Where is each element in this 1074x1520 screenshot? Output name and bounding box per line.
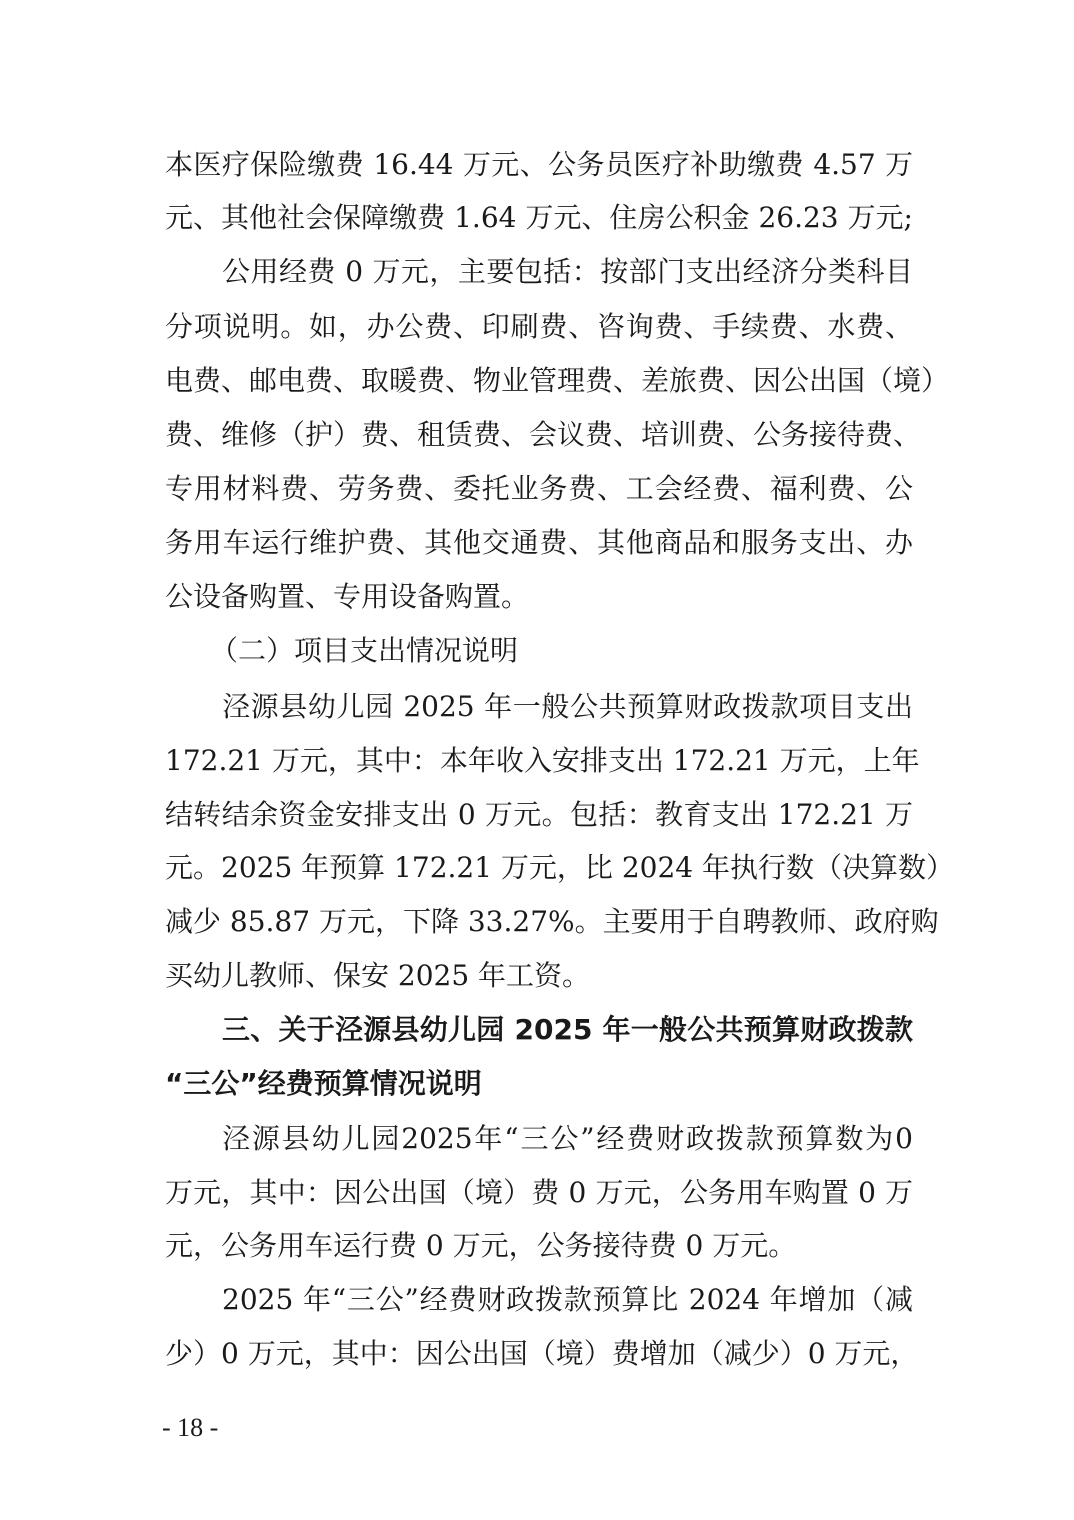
paragraph-line: 专用材料费、劳务费、委托业务费、工会经费、福利费、公 [165,462,913,516]
paragraph-line: 买幼儿教师、保安 2025 年工资。 [165,949,913,1003]
paragraph-line: 公用经费 0 万元，主要包括：按部门支出经济分类科目 [222,245,913,299]
paragraph-line: 公设备购置、专用设备购置。 [165,570,913,624]
paragraph-line: 费、维修（护）费、租赁费、会议费、培训费、公务接待费、 [165,408,913,462]
paragraph-line: 电费、邮电费、取暖费、物业管理费、差旅费、因公出国（境） [165,354,913,408]
paragraph-line: 2025 年“三公”经费财政拨款预算比 2024 年增加（减 [222,1273,913,1327]
paragraph-line: 元。2025 年预算 172.21 万元，比 2024 年执行数（决算数） [165,841,913,895]
paragraph-line: 元、其他社会保障缴费 1.64 万元、住房公积金 26.23 万元; [165,191,913,245]
paragraph-line: 泾源县幼儿园 2025 年一般公共预算财政拨款项目支出 [222,680,913,734]
subsection-heading: （二）项目支出情况说明 [210,624,913,678]
paragraph-line: 万元，其中：因公出国（境）费 0 万元，公务用车购置 0 万 [165,1166,913,1220]
paragraph-line: 务用车运行维护费、其他交通费、其他商品和服务支出、办 [165,516,913,570]
paragraph-line: 泾源县幼儿园2025年“三公”经费财政拨款预算数为0 [222,1112,913,1166]
section-heading-line: “三公”经费预算情况说明 [165,1057,913,1111]
paragraph-line: 分项说明。如，办公费、印刷费、咨询费、手续费、水费、 [165,300,913,354]
paragraph-line: 少）0 万元，其中：因公出国（境）费增加（减少）0 万元， [165,1327,913,1381]
document-page: 本医疗保险缴费 16.44 万元、公务员医疗补助缴费 4.57 万元、其他社会保… [0,0,1074,1520]
paragraph-line: 减少 85.87 万元，下降 33.27%。主要用于自聘教师、政府购 [165,895,913,949]
paragraph-line: 172.21 万元，其中：本年收入安排支出 172.21 万元，上年 [165,734,913,788]
paragraph-line: 元，公务用车运行费 0 万元，公务接待费 0 万元。 [165,1219,913,1273]
section-heading-line: 三、关于泾源县幼儿园 2025 年一般公共预算财政拨款 [222,1003,913,1057]
paragraph-line: 结转结余资金安排支出 0 万元。包括：教育支出 172.21 万 [165,788,913,842]
paragraph-line: 本医疗保险缴费 16.44 万元、公务员医疗补助缴费 4.57 万 [165,138,913,192]
page-number: - 18 - [162,1408,218,1448]
